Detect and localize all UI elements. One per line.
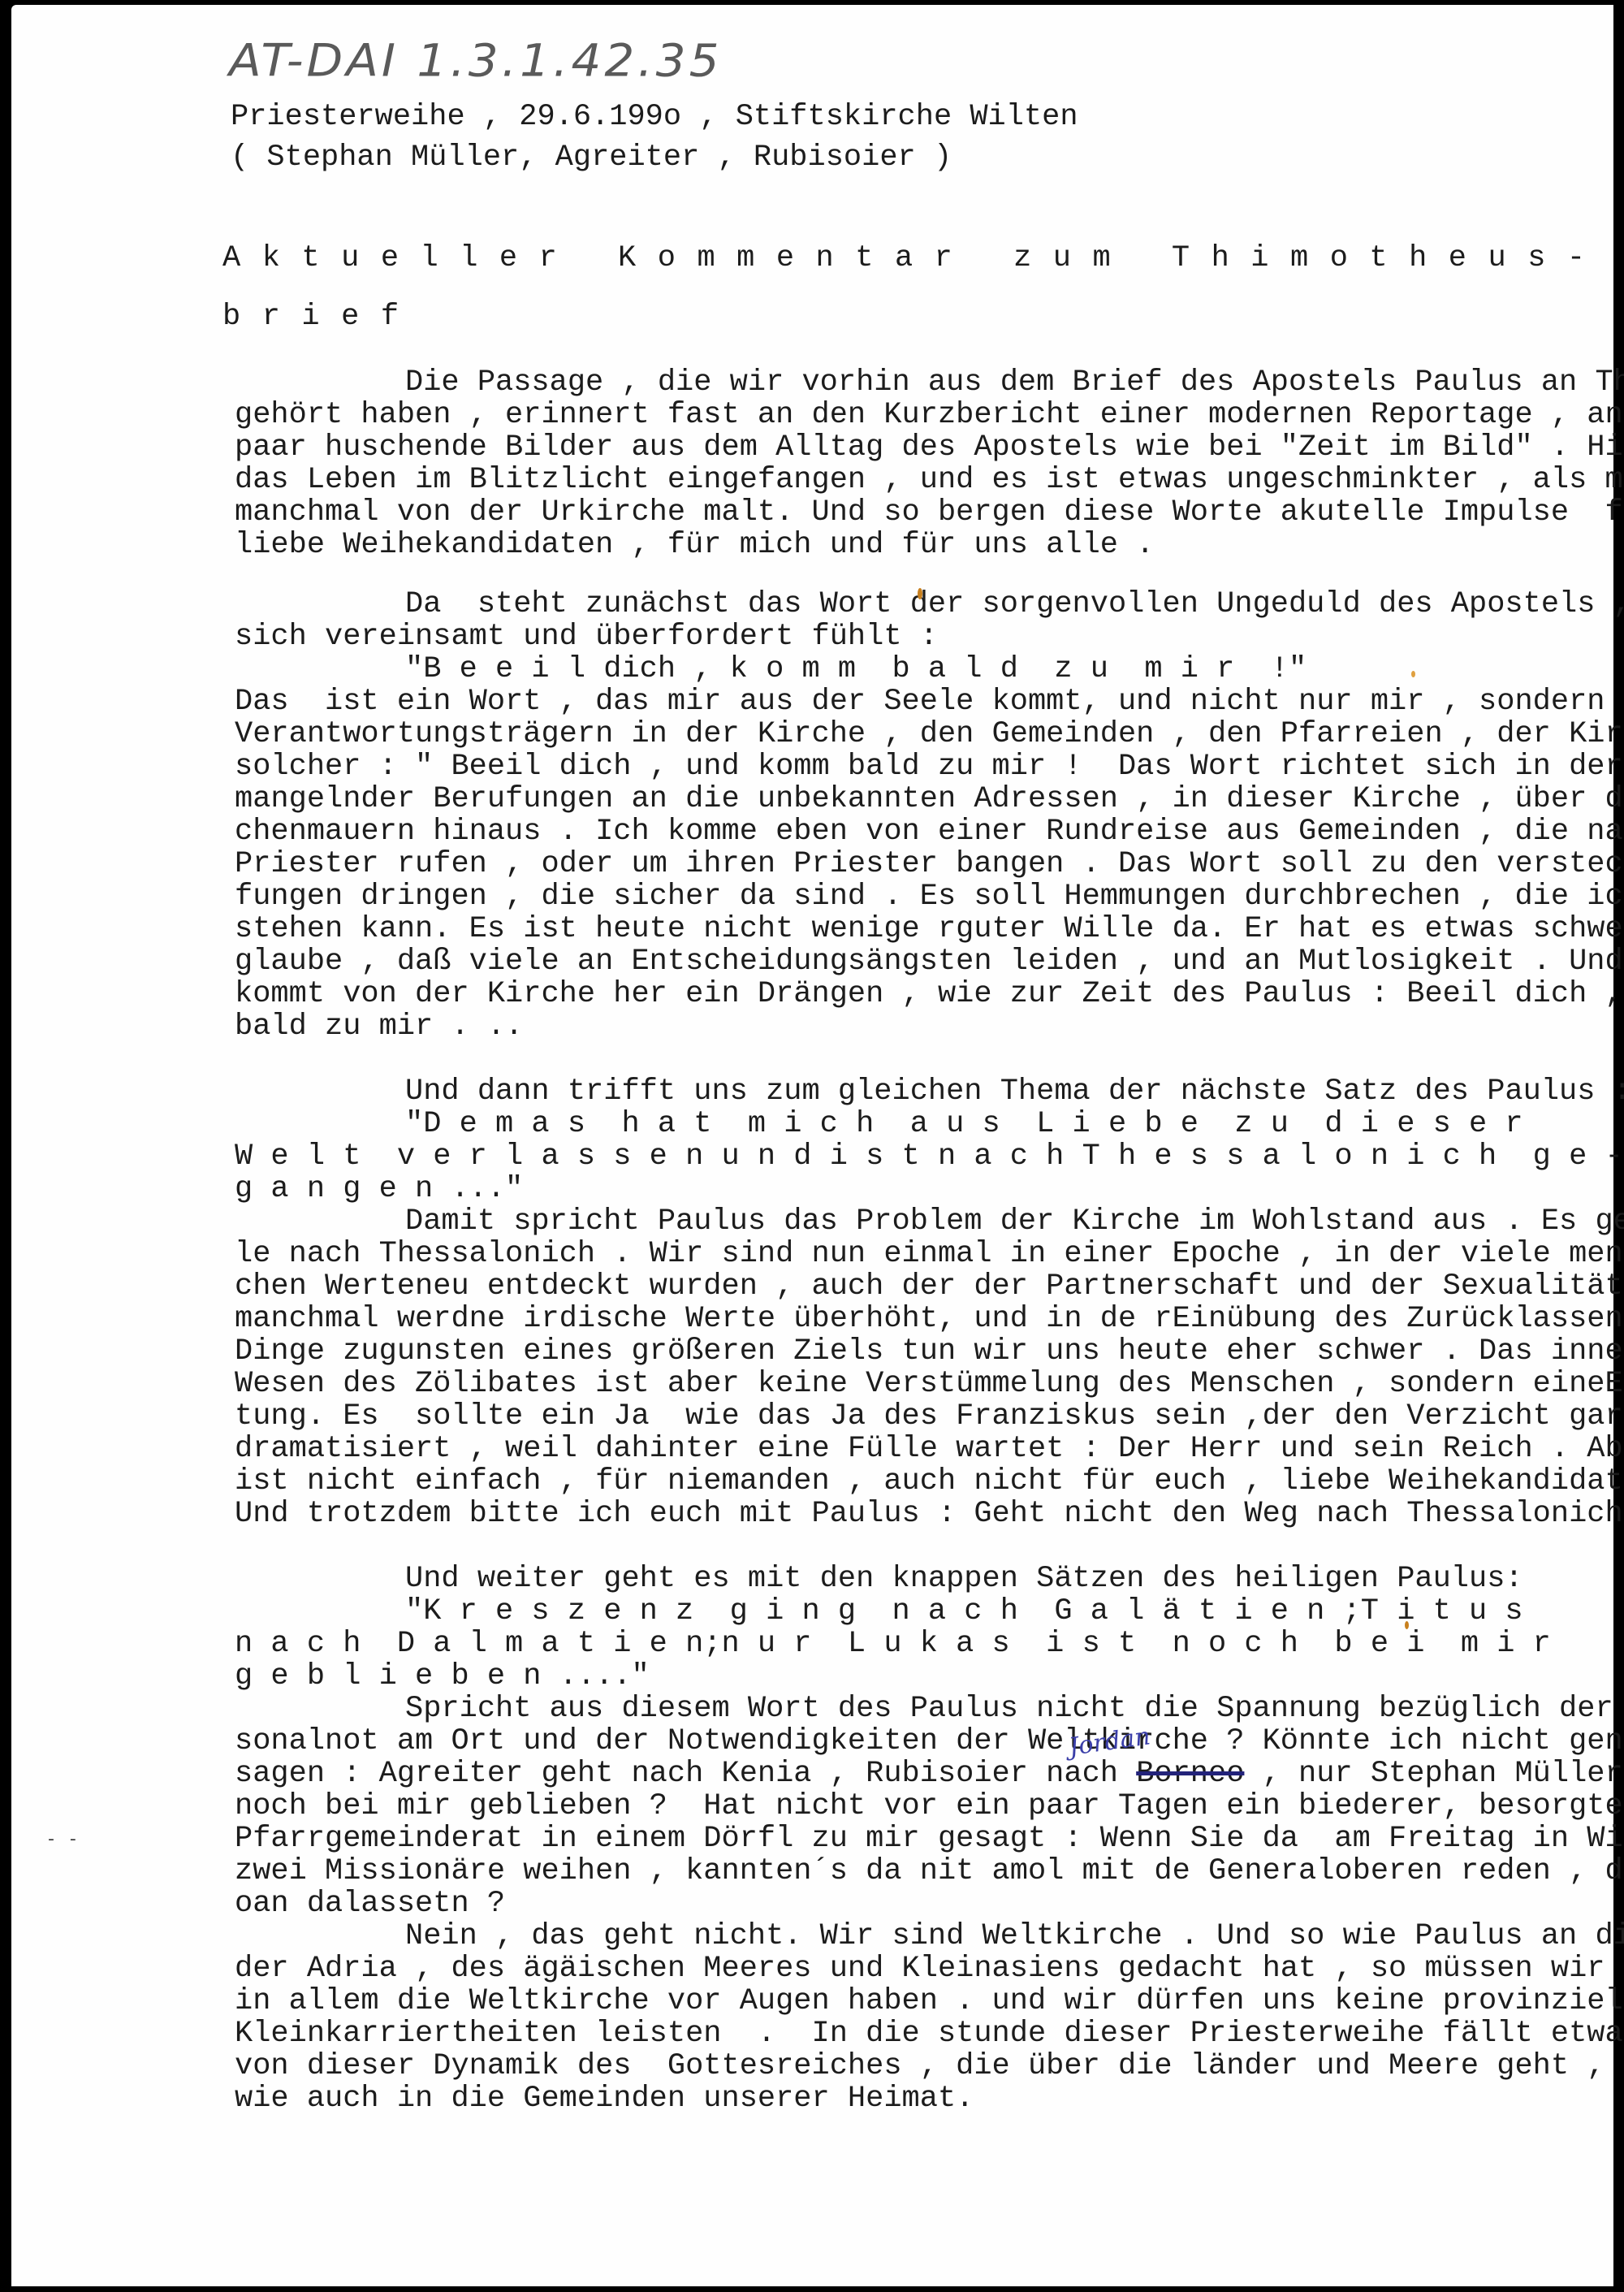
p1-line: paar huschende Bilder aus dem Alltag des… xyxy=(235,431,1624,464)
ink-speck xyxy=(918,588,922,599)
p4-line: Spricht aus diesem Wort des Paulus nicht… xyxy=(405,1693,1624,1725)
p5-line: von dieser Dynamik des Gottesreiches , d… xyxy=(235,2050,1624,2082)
struck-word: Borneo xyxy=(1136,1757,1244,1791)
ordinands-line: ( Stephan Müller, Agreiter , Rubisoier ) xyxy=(231,141,952,174)
p3-line: chen Werteneu entdeckt wurden , auch der… xyxy=(235,1270,1624,1303)
p4-line: sonalnot am Ort und der Notwendigkeiten … xyxy=(235,1725,1624,1758)
p2-line: sich vereinsamt und überfordert fühlt : xyxy=(235,621,938,653)
p4-line3-before: sagen : Agreiter geht nach Kenia , Rubis… xyxy=(235,1757,1136,1791)
p3-quote: g a n g e n ..." xyxy=(235,1173,523,1205)
handwritten-archive-id: AT-DAI 1.3.1.42.35 xyxy=(229,34,722,87)
p5-line: Nein , das geht nicht. Wir sind Weltkirc… xyxy=(405,1920,1624,1953)
title-line-2: brief xyxy=(222,301,421,333)
p4-line: oan dalassetn ? xyxy=(235,1888,505,1920)
p3-line: tung. Es sollte ein Ja wie das Ja des Fr… xyxy=(235,1400,1624,1433)
p2-line: Verantwortungsträgern in der Kirche , de… xyxy=(235,718,1624,750)
p4-quote: g e b l i e b e n ...." xyxy=(235,1660,650,1693)
p1-line: manchmal von der Urkirche malt. Und so b… xyxy=(235,496,1624,529)
p3-line: le nach Thessalonich . Wir sind nun einm… xyxy=(235,1238,1624,1270)
p2-line: chenmauern hinaus . Ich komme eben von e… xyxy=(235,815,1624,848)
p3-quote: "D e m a s h a t m i c h a u s L i e b e… xyxy=(405,1108,1523,1140)
p4-intro: Und weiter geht es mit den knappen Sätze… xyxy=(405,1563,1523,1595)
p4-line-with-correction: sagen : Agreiter geht nach Kenia , Rubis… xyxy=(235,1758,1624,1790)
p4-line: Pfarrgemeinderat in einem Dörfl zu mir g… xyxy=(235,1823,1624,1855)
p2-line: fungen dringen , die sicher da sind . Es… xyxy=(235,880,1624,913)
p3-line: Dinge zugunsten eines größeren Ziels tun… xyxy=(235,1335,1624,1368)
p3-line: Wesen des Zölibates ist aber keine Verst… xyxy=(235,1368,1624,1400)
p1-line: gehört haben , erinnert fast an den Kurz… xyxy=(235,399,1624,431)
p2-line: Das ist ein Wort , das mir aus der Seele… xyxy=(235,685,1624,718)
p1-line: das Leben im Blitzlicht eingefangen , un… xyxy=(235,464,1624,496)
p3-line: manchmal werdne irdische Werte überhöht,… xyxy=(235,1303,1624,1335)
p1-line: Die Passage , die wir vorhin aus dem Bri… xyxy=(405,366,1624,399)
p4-line: noch bei mir geblieben ? Hat nicht vor e… xyxy=(235,1790,1624,1823)
p2-line: kommt von der Kirche her ein Drängen , w… xyxy=(235,978,1624,1010)
p4-quote: "K r e s z e n z g i n g n a c h G a l ä… xyxy=(405,1595,1523,1628)
p1-line: liebe Weihekandidaten , für mich und für… xyxy=(235,529,1154,561)
ink-speck xyxy=(1411,671,1415,677)
p4-line: zwei Missionäre weihen , kannten´s da ni… xyxy=(235,1855,1624,1888)
p2-line: mangelnder Berufungen an die unbekannten… xyxy=(235,783,1624,815)
event-header: Priesterweihe , 29.6.199o , Stiftskirche… xyxy=(231,101,1078,133)
p3-line: dramatisiert , weil dahinter eine Fülle … xyxy=(235,1433,1624,1465)
margin-mark: - - xyxy=(48,1829,81,1849)
p4-quote: n a c h D a l m a t i e n;n u r L u k a … xyxy=(235,1628,1551,1660)
title-line-1: Aktueller Kommentar zum Thimotheus- xyxy=(222,242,1607,275)
p2-line: solcher : " Beeil dich , und komm bald z… xyxy=(235,750,1624,783)
p2-line: glaube , daß viele an Entscheidungsängst… xyxy=(235,945,1624,978)
p4-line3-after: , nur Stephan Müller ist xyxy=(1244,1757,1624,1791)
p2-line: Priester rufen , oder um ihren Priester … xyxy=(235,848,1624,880)
p5-line: in allem die Weltkirche vor Augen haben … xyxy=(235,1985,1624,2017)
p5-line: der Adria , des ägäischen Meeres und Kle… xyxy=(235,1953,1624,1985)
p3-intro: Und dann trifft uns zum gleichen Thema d… xyxy=(405,1075,1624,1108)
ink-speck xyxy=(1405,1621,1409,1629)
p3-line: Damit spricht Paulus das Problem der Kir… xyxy=(405,1205,1624,1238)
p3-line: ist nicht einfach , für niemanden , auch… xyxy=(235,1465,1624,1498)
p5-line: wie auch in die Gemeinden unserer Heimat… xyxy=(235,2082,974,2115)
document-page: AT-DAI 1.3.1.42.35 Priesterweihe , 29.6.… xyxy=(11,5,1613,2286)
p5-line: Kleinkarriertheiten leisten . In die stu… xyxy=(235,2017,1624,2050)
p2-quote: "B e e i l dich , k o m m b a l d z u m … xyxy=(405,653,1307,685)
p2-line: bald zu mir . .. xyxy=(235,1010,523,1043)
p2-line: stehen kann. Es ist heute nicht wenige r… xyxy=(235,913,1624,945)
p3-line: Und trotzdem bitte ich euch mit Paulus :… xyxy=(235,1498,1624,1530)
p3-quote: W e l t v e r l a s s e n u n d i s t n … xyxy=(235,1140,1623,1173)
p2-line: Da steht zunächst das Wort der sorgenvol… xyxy=(405,588,1624,621)
